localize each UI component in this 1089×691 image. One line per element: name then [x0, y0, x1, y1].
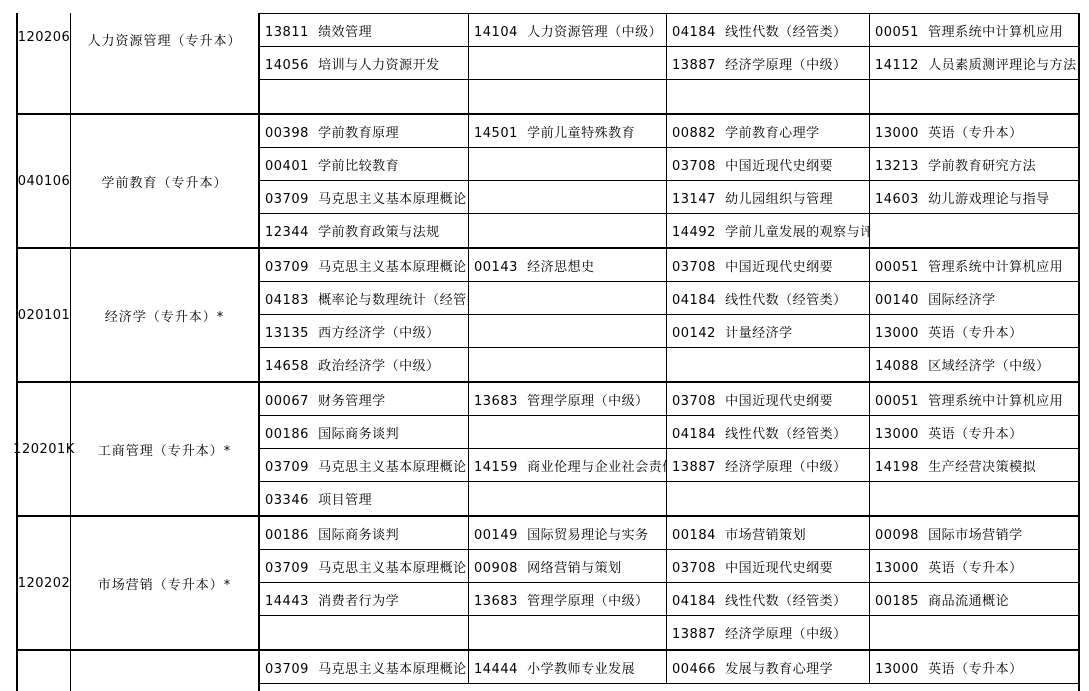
page: 120206人力资源管理（专升本）13811 绩效管理14104 人力资源管理（… — [0, 0, 1089, 691]
major-code-cell: 120206 — [18, 13, 71, 113]
major-code-cell — [18, 651, 71, 691]
course-cell: 12344 学前教育政策与法规 — [260, 214, 469, 247]
course-cell: 03708 中国近现代史纲要 — [667, 249, 870, 282]
course-grid: 00186 国际商务谈判00149 国际贸易理论与实务00184 市场营销策划0… — [260, 517, 1078, 649]
course-cell: 03709 马克思主义基本原理概论 — [260, 651, 469, 684]
course-cell: 00908 网络营销与策划 — [469, 550, 667, 583]
major-name-cell: 学前教育（专升本） — [71, 115, 260, 247]
course-cell: 04184 线性代数（经管类） — [667, 14, 870, 47]
major-code-cell: 020101 — [18, 249, 71, 381]
course-grid: 03709 马克思主义基本原理概论00143 经济思想史03708 中国近现代史… — [260, 249, 1078, 381]
course-cell: 14603 幼儿游戏理论与指导 — [870, 181, 1078, 214]
course-cell: 14658 政治经济学（中级） — [260, 348, 469, 381]
course-cell: 00142 计量经济学 — [667, 315, 870, 348]
major-block: 03709 马克思主义基本原理概论14444 小学教师专业发展00466 发展与… — [18, 651, 1078, 691]
course-cell: 00401 学前比较教育 — [260, 148, 469, 181]
course-cell — [469, 348, 667, 381]
course-cell — [469, 282, 667, 315]
course-cell: 03708 中国近现代史纲要 — [667, 148, 870, 181]
course-cell — [870, 80, 1078, 113]
course-cell: 03709 马克思主义基本原理概论 — [260, 181, 469, 214]
major-code-cell: 120201K — [18, 383, 71, 515]
major-name-cell: 经济学（专升本）* — [71, 249, 260, 381]
course-cell: 00067 财务管理学 — [260, 383, 469, 416]
course-cell: 00051 管理系统中计算机应用 — [870, 383, 1078, 416]
course-cell: 03709 马克思主义基本原理概论 — [260, 550, 469, 583]
course-grid: 00398 学前教育原理14501 学前儿童特殊教育00882 学前教育心理学1… — [260, 115, 1078, 247]
course-cell — [469, 416, 667, 449]
course-cell: 00882 学前教育心理学 — [667, 115, 870, 148]
course-cell: 04184 线性代数（经管类） — [667, 583, 870, 616]
major-block: 020101经济学（专升本）*03709 马克思主义基本原理概论00143 经济… — [18, 249, 1078, 383]
course-cell: 00051 管理系统中计算机应用 — [870, 249, 1078, 282]
major-name-cell: 工商管理（专升本）* — [71, 383, 260, 515]
course-cell — [469, 482, 667, 515]
course-cell — [469, 80, 667, 113]
course-cell: 03708 中国近现代史纲要 — [667, 550, 870, 583]
course-cell: 00184 市场营销策划 — [667, 517, 870, 550]
major-block: 120202市场营销（专升本）*00186 国际商务谈判00149 国际贸易理论… — [18, 517, 1078, 651]
major-block: 040106学前教育（专升本）00398 学前教育原理14501 学前儿童特殊教… — [18, 115, 1078, 249]
course-cell — [260, 80, 469, 113]
course-grid: 00067 财务管理学13683 管理学原理（中级）03708 中国近现代史纲要… — [260, 383, 1078, 515]
course-cell: 00186 国际商务谈判 — [260, 416, 469, 449]
course-cell: 13000 英语（专升本） — [870, 550, 1078, 583]
course-cell: 14443 消费者行为学 — [260, 583, 469, 616]
major-block: 120206人力资源管理（专升本）13811 绩效管理14104 人力资源管理（… — [18, 13, 1078, 115]
course-cell — [469, 181, 667, 214]
course-cell — [667, 80, 870, 113]
course-cell — [870, 482, 1078, 515]
course-cell: 14104 人力资源管理（中级） — [469, 14, 667, 47]
course-cell: 14492 学前儿童发展的观察与评价 — [667, 214, 870, 247]
major-code-cell: 120202 — [18, 517, 71, 649]
major-block: 120201K工商管理（专升本）*00067 财务管理学13683 管理学原理（… — [18, 383, 1078, 517]
course-cell: 03709 马克思主义基本原理概论 — [260, 249, 469, 282]
course-cell: 14444 小学教师专业发展 — [469, 651, 667, 684]
course-cell: 13147 幼儿园组织与管理 — [667, 181, 870, 214]
major-name-cell — [71, 651, 260, 691]
course-cell: 04184 线性代数（经管类） — [667, 416, 870, 449]
course-cell — [667, 348, 870, 381]
course-cell: 00149 国际贸易理论与实务 — [469, 517, 667, 550]
course-cell — [260, 616, 469, 649]
course-cell — [469, 315, 667, 348]
course-cell: 00098 国际市场营销学 — [870, 517, 1078, 550]
course-cell: 13000 英语（专升本） — [870, 315, 1078, 348]
course-cell: 14159 商业伦理与企业社会责任 — [469, 449, 667, 482]
course-cell: 13683 管理学原理（中级） — [469, 383, 667, 416]
course-cell — [469, 148, 667, 181]
course-cell: 13887 经济学原理（中级） — [667, 449, 870, 482]
course-cell — [469, 616, 667, 649]
major-code-cell: 040106 — [18, 115, 71, 247]
course-cell: 00185 商品流通概论 — [870, 583, 1078, 616]
course-cell: 13683 管理学原理（中级） — [469, 583, 667, 616]
course-cell: 04183 概率论与数理统计（经管类） — [260, 282, 469, 315]
course-cell: 14112 人员素质测评理论与方法 — [870, 47, 1078, 80]
course-cell — [667, 482, 870, 515]
course-cell — [469, 214, 667, 247]
course-cell: 13811 绩效管理 — [260, 14, 469, 47]
course-cell: 00143 经济思想史 — [469, 249, 667, 282]
course-cell — [469, 47, 667, 80]
course-cell: 13213 学前教育研究方法 — [870, 148, 1078, 181]
course-cell: 14056 培训与人力资源开发 — [260, 47, 469, 80]
course-cell: 04184 线性代数（经管类） — [667, 282, 870, 315]
course-cell: 03709 马克思主义基本原理概论 — [260, 449, 469, 482]
course-grid: 13811 绩效管理14104 人力资源管理（中级）04184 线性代数（经管类… — [260, 13, 1078, 113]
course-cell: 13000 英语（专升本） — [870, 651, 1078, 684]
course-cell: 13000 英语（专升本） — [870, 115, 1078, 148]
course-cell: 00140 国际经济学 — [870, 282, 1078, 315]
course-cell: 00186 国际商务谈判 — [260, 517, 469, 550]
course-cell: 14088 区域经济学（中级） — [870, 348, 1078, 381]
course-cell: 03346 项目管理 — [260, 482, 469, 515]
course-cell: 00466 发展与教育心理学 — [667, 651, 870, 684]
course-cell: 13887 经济学原理（中级） — [667, 47, 870, 80]
course-cell: 13000 英语（专升本） — [870, 416, 1078, 449]
course-cell: 03708 中国近现代史纲要 — [667, 383, 870, 416]
course-cell — [870, 214, 1078, 247]
major-name-cell: 人力资源管理（专升本） — [71, 13, 260, 113]
course-schedule-table: 120206人力资源管理（专升本）13811 绩效管理14104 人力资源管理（… — [16, 13, 1080, 691]
course-cell: 00398 学前教育原理 — [260, 115, 469, 148]
course-cell — [870, 616, 1078, 649]
course-cell: 00051 管理系统中计算机应用 — [870, 14, 1078, 47]
course-cell: 13887 经济学原理（中级） — [667, 616, 870, 649]
course-grid: 03709 马克思主义基本原理概论14444 小学教师专业发展00466 发展与… — [260, 651, 1078, 691]
course-cell: 14198 生产经营决策模拟 — [870, 449, 1078, 482]
major-name-cell: 市场营销（专升本）* — [71, 517, 260, 649]
course-cell: 14501 学前儿童特殊教育 — [469, 115, 667, 148]
course-cell: 13135 西方经济学（中级） — [260, 315, 469, 348]
